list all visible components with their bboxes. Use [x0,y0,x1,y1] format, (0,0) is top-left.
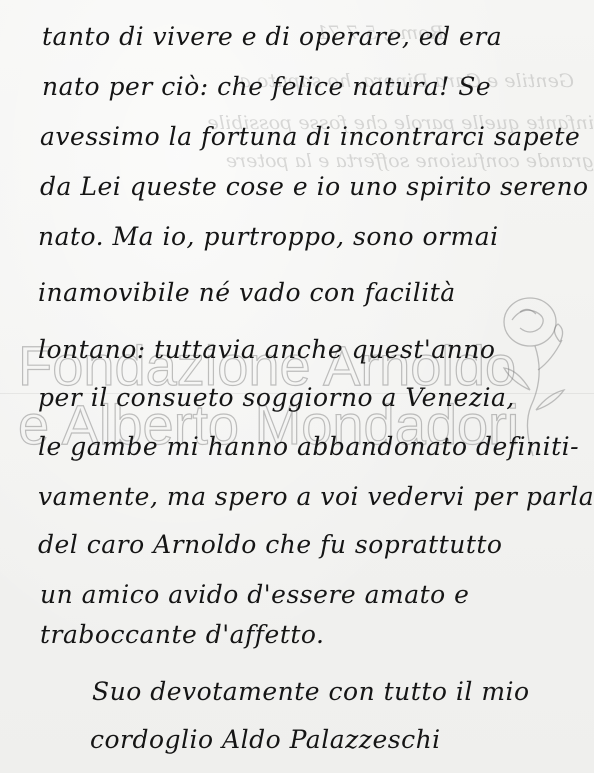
letter-line: Suo devotamente con tutto il mio [92,677,530,706]
letter-line: inamovibile né vado con facilità [38,278,456,307]
letter-line: un amico avido d'essere amato e [40,580,469,609]
letter-line: del caro Arnoldo che fu soprattutto [38,530,502,559]
letter-line: vamente, ma spero a voi vedervi per parl… [38,482,594,511]
letter-line: traboccante d'affetto. [40,620,325,649]
letter-line: lontano: tuttavia anche quest'anno [38,335,495,364]
letter-line: nato per ciò: che felice natura! Se [42,72,491,101]
signature-line: cordoglio Aldo Palazzeschi [90,725,441,754]
letter-line: da Lei queste cose e io uno spirito sere… [40,172,589,201]
letter-line: per il consueto soggiorno a Venezia, [38,383,515,412]
letter-line: nato. Ma io, purtroppo, sono ormai [38,222,499,251]
letter-line: tanto di vivere e di operare, ed era [42,22,502,51]
letter-line: le gambe mi hanno abbandonato definiti- [38,432,579,461]
letter-line: avessimo la fortuna di incontrarci sapet… [40,122,580,151]
